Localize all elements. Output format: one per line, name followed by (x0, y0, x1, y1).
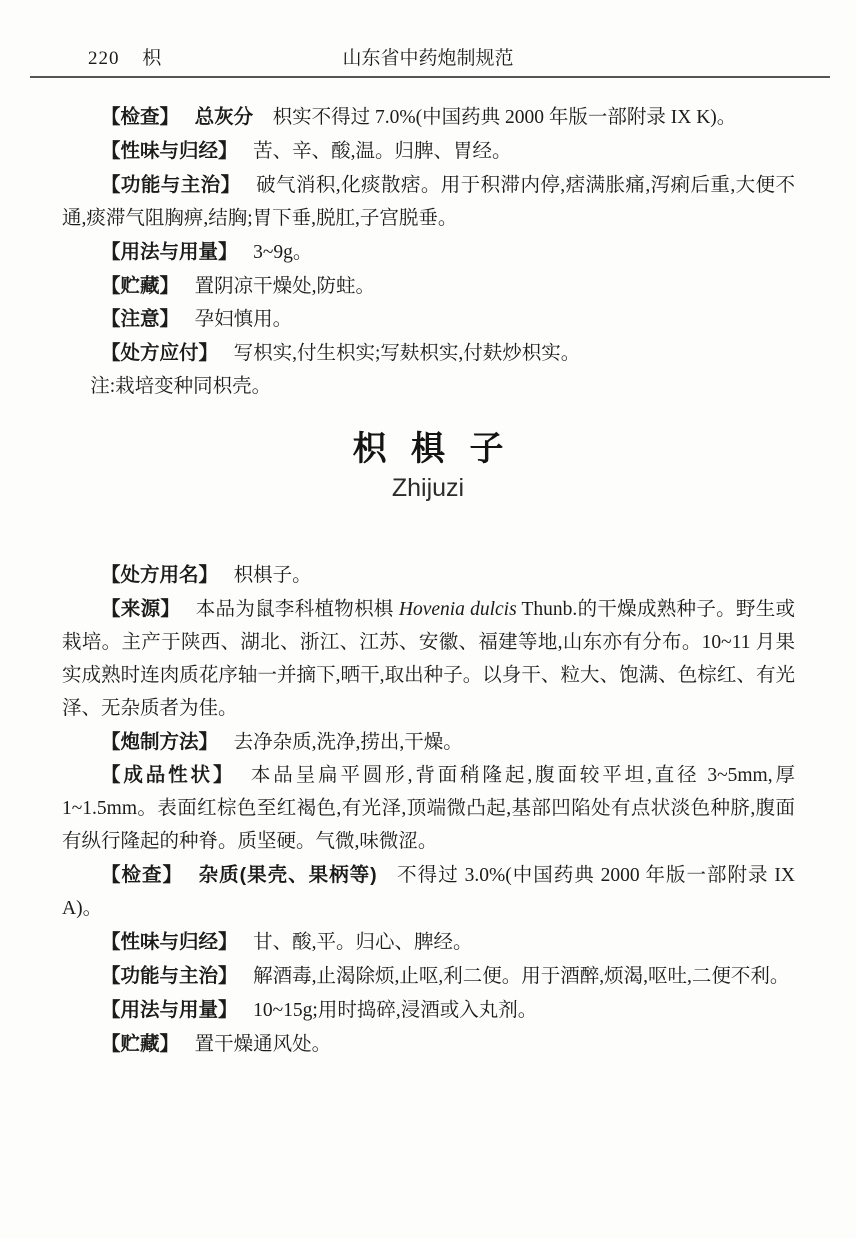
entry-label: 【贮藏】 (101, 275, 179, 297)
entry-label: 【成品性状】 (101, 764, 235, 786)
entry-label: 【来源】 (101, 598, 180, 620)
entry-function-indication: 【功能与主治】破气消积,化痰散痞。用于积滞内停,痞满胀痛,泻痢后重,大便不通,痰… (62, 169, 795, 236)
cultivar-note: 注:栽培变种同枳壳。 (62, 371, 795, 404)
page-header: 220 枳 山东省中药炮制规范 (62, 44, 794, 74)
entry-processing-method: 【炮制方法】去净杂质,洗净,捞出,干燥。 (62, 726, 795, 760)
entry-text: 枳椇子。 (234, 565, 312, 586)
entry-prescription-name: 【处方用名】枳椇子。 (62, 559, 795, 593)
entry-text: 10~15g;用时捣碎,浸酒或入丸剂。 (253, 1000, 537, 1021)
zhishi-section: 【检查】总灰分枳实不得过 7.0%(中国药典 2000 年版一部附录 IX K)… (62, 101, 795, 404)
entry-text-before: 本品为鼠李科植物枳椇 (196, 599, 399, 620)
entry-label: 【功能与主治】 (101, 174, 241, 196)
entry-dosage: 【用法与用量】3~9g。 (62, 236, 795, 270)
entry-function-indication: 【功能与主治】解酒毒,止渴除烦,止呕,利二便。用于酒醉,烦渴,呕吐,二便不利。 (62, 960, 795, 994)
entry-label: 【性味与归经】 (101, 140, 238, 162)
entry-text: 枳实不得过 7.0%(中国药典 2000 年版一部附录 IX K)。 (273, 107, 737, 128)
header-rule (30, 76, 830, 78)
entry-label: 【炮制方法】 (101, 731, 218, 753)
entry-label: 【性味与归经】 (101, 931, 238, 953)
latin-authority: Thunb. (517, 599, 578, 620)
entry-dispensing: 【处方应付】写枳实,付生枳实;写麸枳实,付麸炒枳实。 (62, 337, 795, 371)
entry-inspection: 【检查】杂质(果壳、果柄等)不得过 3.0%(中国药典 2000 年版一部附录 … (62, 859, 795, 926)
entry-flavor-meridian: 【性味与归经】甘、酸,平。归心、脾经。 (62, 926, 795, 960)
monograph-title: 枳椇子 (0, 428, 856, 470)
latin-binomial: Hovenia dulcis (399, 599, 517, 620)
entry-text: 甘、酸,平。归心、脾经。 (253, 932, 472, 953)
entry-label: 【贮藏】 (101, 1033, 179, 1055)
entry-label: 【注意】 (101, 308, 179, 330)
entry-text: 写枳实,付生枳实;写麸枳实,付麸炒枳实。 (234, 343, 581, 364)
entry-term: 总灰分 (195, 106, 254, 128)
book-title: 山东省中药炮制规范 (62, 44, 794, 74)
entry-text: 解酒毒,止渴除烦,止呕,利二便。用于酒醉,烦渴,呕吐,二便不利。 (253, 966, 789, 987)
scanned-book-page: 220 枳 山东省中药炮制规范 【检查】总灰分枳实不得过 7.0%(中国药典 2… (0, 0, 856, 1239)
monograph-pinyin: Zhijuzi (0, 473, 856, 503)
entry-label: 【处方用名】 (101, 564, 218, 586)
entry-text: 苦、辛、酸,温。归脾、胃经。 (253, 141, 511, 162)
entry-dosage: 【用法与用量】10~15g;用时捣碎,浸酒或入丸剂。 (62, 994, 795, 1028)
entry-label: 【用法与用量】 (101, 241, 238, 263)
zhijuzi-section: 【处方用名】枳椇子。 【来源】本品为鼠李科植物枳椇 Hovenia dulcis… (62, 559, 795, 1062)
entry-label: 【处方应付】 (101, 342, 218, 364)
entry-flavor-meridian: 【性味与归经】苦、辛、酸,温。归脾、胃经。 (62, 135, 795, 169)
entry-product-character: 【成品性状】本品呈扁平圆形,背面稍隆起,腹面较平坦,直径 3~5mm,厚 1~1… (62, 759, 795, 859)
entry-label: 【用法与用量】 (101, 999, 238, 1021)
entry-caution: 【注意】孕妇慎用。 (62, 303, 795, 337)
entry-label: 【检查】 (101, 106, 179, 128)
entry-label: 【功能与主治】 (101, 965, 238, 987)
entry-storage: 【贮藏】置干燥通风处。 (62, 1028, 795, 1062)
entry-text: 孕妇慎用。 (195, 309, 293, 330)
entry-storage: 【贮藏】置阴凉干燥处,防蛀。 (62, 270, 795, 304)
entry-text: 3~9g。 (253, 242, 312, 263)
entry-label: 【检查】 (101, 864, 183, 886)
entry-source: 【来源】本品为鼠李科植物枳椇 Hovenia dulcis Thunb.的干燥成… (62, 593, 795, 726)
entry-text: 置干燥通风处。 (195, 1034, 332, 1055)
entry-inspection: 【检查】总灰分枳实不得过 7.0%(中国药典 2000 年版一部附录 IX K)… (62, 101, 795, 135)
entry-text: 去净杂质,洗净,捞出,干燥。 (234, 732, 463, 753)
entry-term: 杂质(果壳、果柄等) (199, 864, 377, 886)
entry-text: 置阴凉干燥处,防蛀。 (195, 276, 375, 297)
